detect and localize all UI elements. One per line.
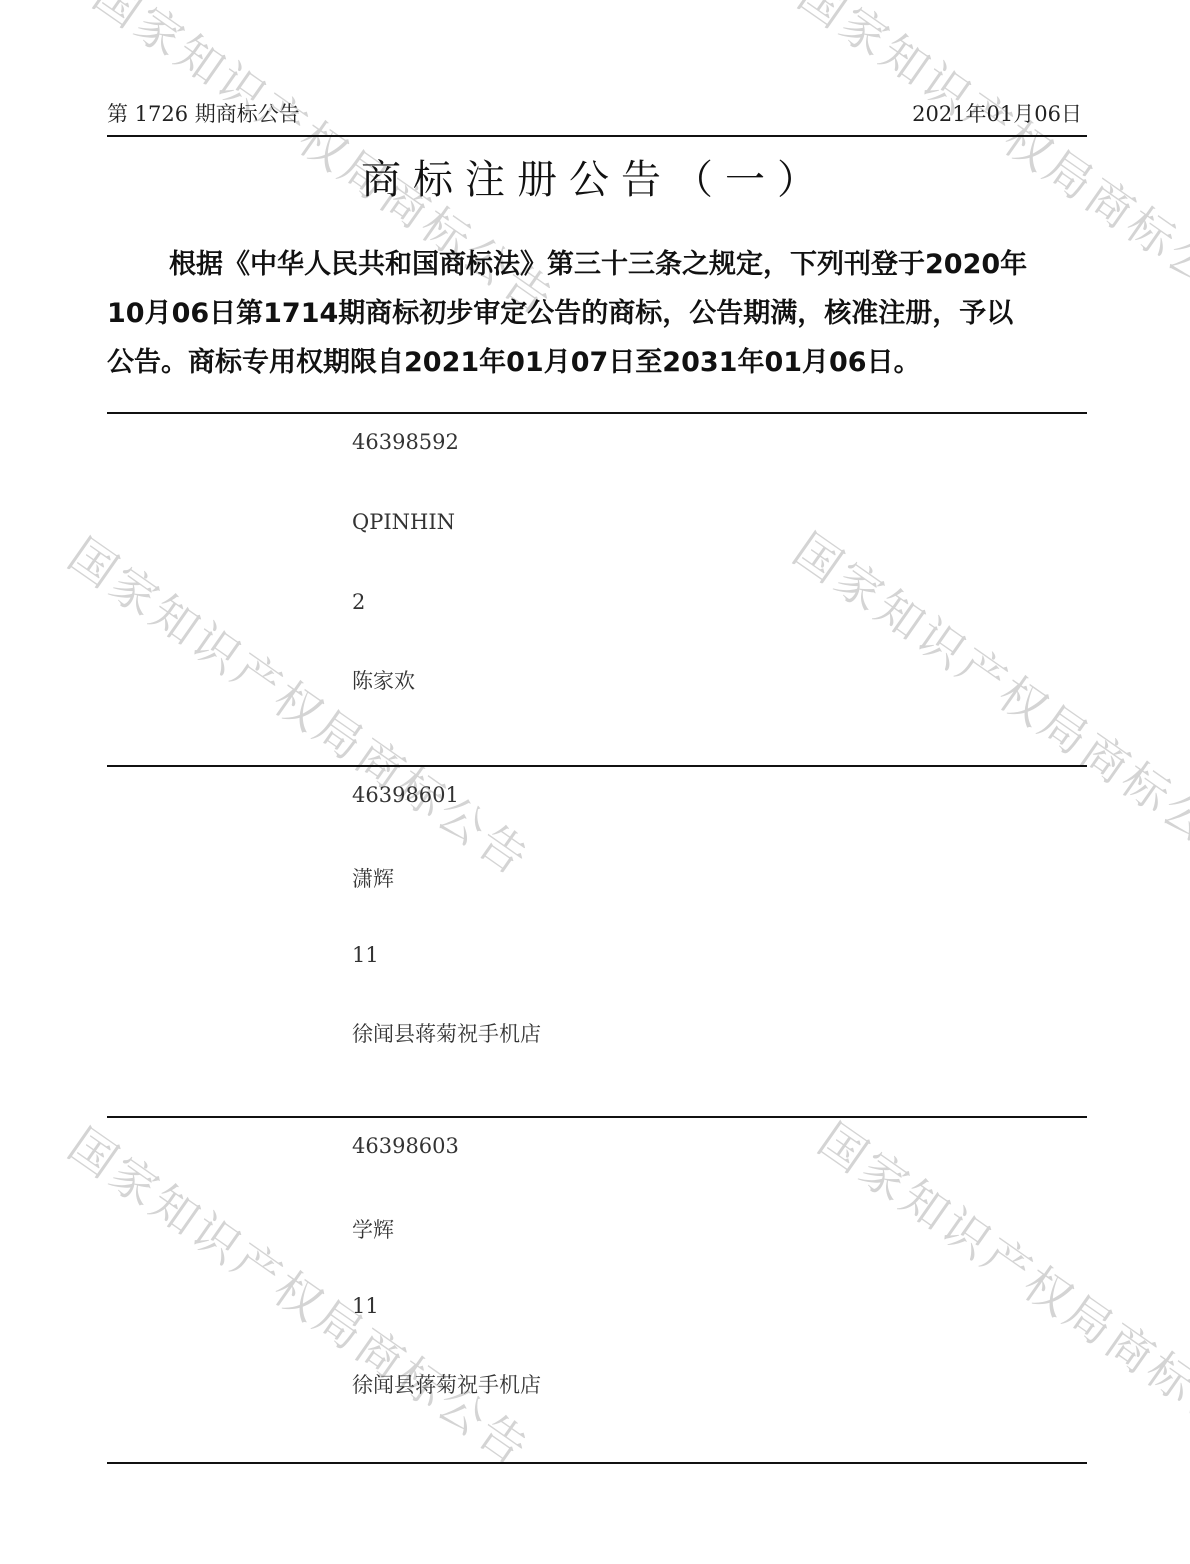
reg-no-value: 46398592 bbox=[352, 430, 459, 454]
mark-value: QPINHIN bbox=[352, 510, 455, 534]
page-title: 商标注册公告（一） bbox=[0, 148, 1190, 205]
registrant-value: 徐闻县蒋菊祝手机店 bbox=[352, 1369, 541, 1399]
section-divider bbox=[107, 765, 1087, 767]
watermark: 国家知识产权局商标公告 bbox=[782, 515, 1190, 885]
issue-date: 2021年01月06日 bbox=[912, 98, 1082, 128]
registrant-value: 徐闻县蒋菊祝手机店 bbox=[352, 1018, 541, 1048]
class-value: 2 bbox=[352, 590, 365, 614]
registrant-value: 陈家欢 bbox=[352, 665, 415, 695]
reg-no-value: 46398603 bbox=[352, 1134, 459, 1158]
intro-line-3: 公告。商标专用权期限自2021年01月07日至2031年01月06日。 bbox=[107, 338, 1087, 387]
mark-value: 学辉 bbox=[352, 1214, 394, 1244]
class-value: 11 bbox=[352, 1294, 379, 1318]
watermark: 国家知识产权局商标公告 bbox=[807, 1105, 1190, 1475]
header-divider bbox=[107, 135, 1087, 137]
intro-paragraph: 根据《中华人民共和国商标法》第三十三条之规定，下列刊登于2020年 10月06日… bbox=[107, 240, 1087, 387]
section-divider bbox=[107, 1116, 1087, 1118]
intro-line-2: 10月06日第1714期商标初步审定公告的商标，公告期满，核准注册，予以 bbox=[107, 289, 1087, 338]
class-value: 11 bbox=[352, 943, 379, 967]
reg-no-value: 46398601 bbox=[352, 783, 459, 807]
mark-value: 潇辉 bbox=[352, 863, 394, 893]
watermark: 国家知识产权局商标公告 bbox=[57, 520, 545, 890]
intro-line-1: 根据《中华人民共和国商标法》第三十三条之规定，下列刊登于2020年 bbox=[169, 249, 1027, 280]
issue-number: 第 1726 期商标公告 bbox=[107, 98, 300, 128]
footer-divider bbox=[107, 1462, 1087, 1464]
section-divider bbox=[107, 412, 1087, 414]
